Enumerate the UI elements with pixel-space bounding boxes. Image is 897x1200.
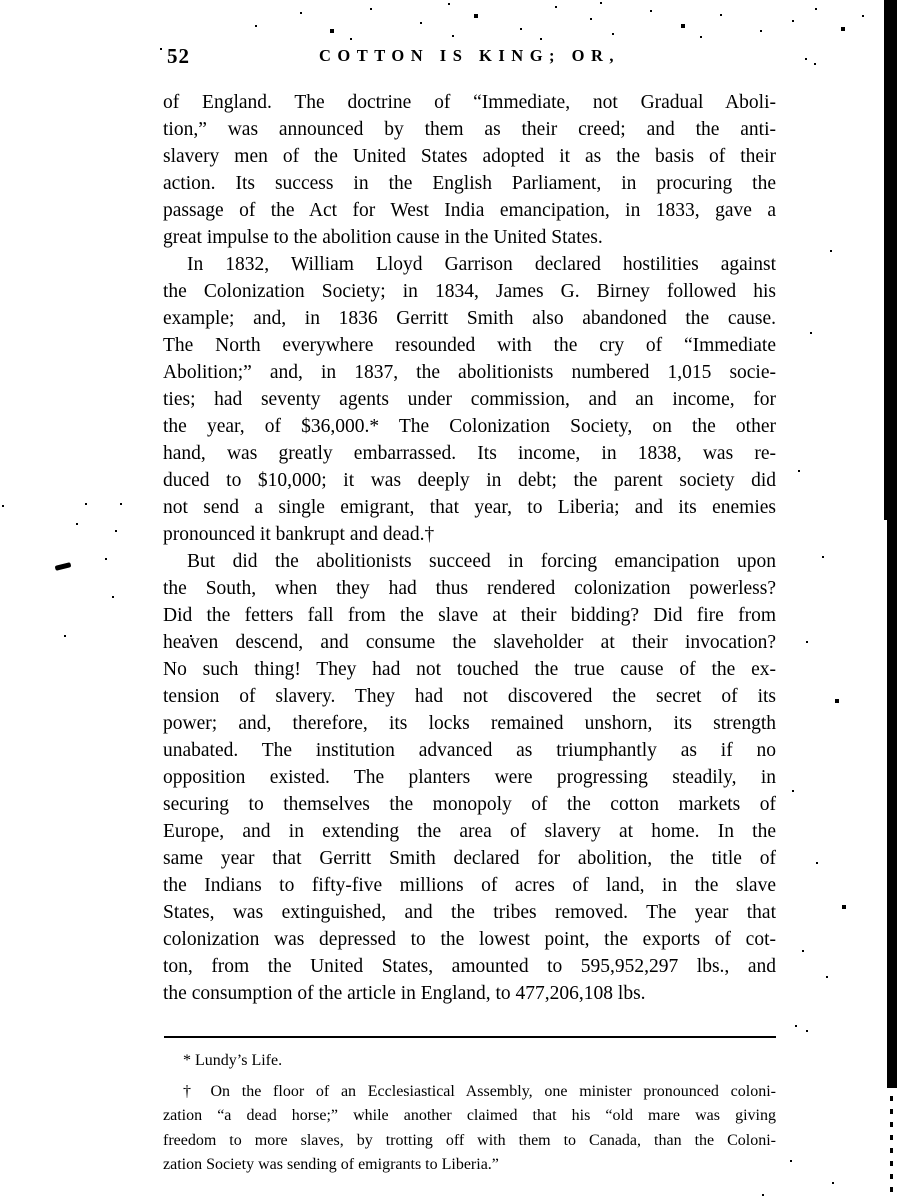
body-text-line: securing to themselves the monopoly of t…: [163, 791, 776, 818]
scan-gutter-bar: [884, 0, 897, 520]
body-text-line: The North everywhere resounded with the …: [163, 332, 776, 359]
paragraph: In 1832, William Lloyd Garrison declared…: [163, 251, 776, 548]
body-text-line: great impulse to the abolition cause in …: [163, 224, 776, 251]
body-text-line: But did the abolitionists succeed in for…: [163, 548, 776, 575]
footnote-line: zation “a dead horse;” while another cla…: [163, 1104, 776, 1129]
body-text-line: the consumption of the article in Englan…: [163, 980, 776, 1007]
body-text-line: ties; had seventy agents under commissio…: [163, 386, 776, 413]
footnote-line: freedom to more slaves, by trotting off …: [163, 1129, 776, 1154]
body-text-line: heaven descend, and consume the slavehol…: [163, 629, 776, 656]
body-text-line: passage of the Act for West India emanci…: [163, 197, 776, 224]
running-head: COTTON IS KING; OR,: [163, 44, 776, 66]
body-text-line: ton, from the United States, amounted to…: [163, 953, 776, 980]
body-text-line: not send a single emigrant, that year, t…: [163, 494, 776, 521]
body-text-line: same year that Gerritt Smith declared fo…: [163, 845, 776, 872]
body-text-line: Europe, and in extending the area of sla…: [163, 818, 776, 845]
body-text-line: tension of slavery. They had not discove…: [163, 683, 776, 710]
body-text-line: unabated. The institution advanced as tr…: [163, 737, 776, 764]
footnote-line: † On the floor of an Ecclesiastical Asse…: [163, 1080, 776, 1105]
body-text-line: duced to $10,000; it was deeply in debt;…: [163, 467, 776, 494]
scan-noise-specks: [0, 0, 2, 2]
body-text-line: hand, was greatly embarrassed. Its incom…: [163, 440, 776, 467]
body-text-line: of England. The doctrine of “Immediate, …: [163, 89, 776, 116]
body-text-line: Abolition;” and, in 1837, the abolitioni…: [163, 359, 776, 386]
body-text-line: action. Its success in the English Parli…: [163, 170, 776, 197]
body-text-line: the year, of $36,000.* The Colonization …: [163, 413, 776, 440]
body-text-line: the Indians to fifty-five millions of ac…: [163, 872, 776, 899]
footnote-divider: [164, 1036, 776, 1038]
footnote-line: zation Society was sending of emigrants …: [163, 1153, 776, 1178]
footnotes: * Lundy’s Life. † On the floor of an Ecc…: [163, 1049, 776, 1178]
body-text-line: tion,” was announced by them as their cr…: [163, 116, 776, 143]
body-text-line: the Colonization Society; in 1834, James…: [163, 278, 776, 305]
body-text-line: States, was extinguished, and the tribes…: [163, 899, 776, 926]
page-number: 52: [167, 44, 190, 69]
scanned-book-page: 52 COTTON IS KING; OR, of England. The d…: [0, 0, 897, 1200]
footnote-line: * Lundy’s Life.: [163, 1049, 776, 1074]
body-text-line: No such thing! They had not touched the …: [163, 656, 776, 683]
body-text-line: opposition existed. The planters were pr…: [163, 764, 776, 791]
page-header: 52 COTTON IS KING; OR,: [163, 44, 776, 70]
scan-gutter-bar: [887, 520, 897, 1088]
body-text-line: slavery men of the United States adopted…: [163, 143, 776, 170]
body-text-line: colonization was depressed to the lowest…: [163, 926, 776, 953]
scan-gutter-dashes: [890, 1096, 893, 1196]
body-text-line: In 1832, William Lloyd Garrison declared…: [163, 251, 776, 278]
paragraph: of England. The doctrine of “Immediate, …: [163, 89, 776, 251]
body-text-line: the South, when they had thus rendered c…: [163, 575, 776, 602]
body-text-line: Did the fetters fall from the slave at t…: [163, 602, 776, 629]
body-text-line: example; and, in 1836 Gerritt Smith also…: [163, 305, 776, 332]
body-text: of England. The doctrine of “Immediate, …: [163, 89, 776, 1007]
body-text-line: power; and, therefore, its locks remaine…: [163, 710, 776, 737]
scan-margin-mark: [55, 562, 72, 571]
footnote: * Lundy’s Life.: [163, 1049, 776, 1074]
paragraph: But did the abolitionists succeed in for…: [163, 548, 776, 1007]
body-text-line: pronounced it bankrupt and dead.†: [163, 521, 776, 548]
footnote: † On the floor of an Ecclesiastical Asse…: [163, 1080, 776, 1178]
